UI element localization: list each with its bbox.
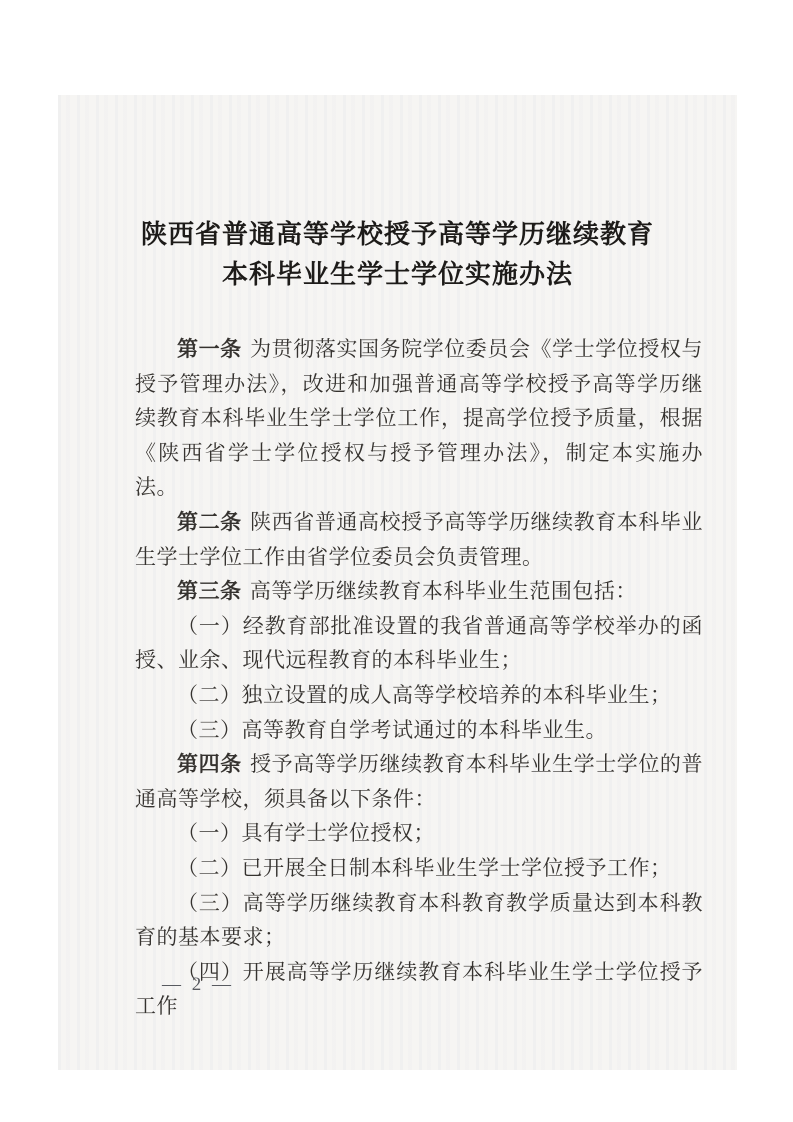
document-viewer-canvas: { "document": { "title_line1": "陕西省普通高等学… — [0, 0, 793, 1122]
document-title-line-2: 本科毕业生学士学位实施办法 — [58, 255, 737, 295]
paragraph-article-3-item-3: （三）高等教育自学考试通过的本科毕业生。 — [135, 713, 703, 748]
paragraph-text: 高等学历继续教育本科毕业生范围包括： — [250, 579, 637, 603]
paragraph-article-4: 第四条授予高等学历继续教育本科毕业生学士学位的普通高等学校，须具备以下条件： — [135, 747, 703, 816]
article-number-label: 第四条 — [177, 752, 242, 776]
paragraph-article-3-item-2: （二）独立设置的成人高等学校培养的本科毕业生； — [135, 678, 703, 713]
paragraph-text: （三）高等学历继续教育本科教育教学质量达到本科教育的基本要求； — [135, 891, 703, 950]
paragraph-article-4-item-2: （二）已开展全日制本科毕业生学士学位授予工作； — [135, 851, 703, 886]
document-body: 第一条为贯彻落实国务院学位委员会《学士学位授权与授予管理办法》，改进和加强普通高… — [135, 332, 703, 1024]
article-number-label: 第三条 — [177, 579, 242, 603]
document-title-line-1: 陕西省普通高等学校授予高等学历继续教育 — [58, 215, 737, 255]
paragraph-article-3: 第三条高等学历继续教育本科毕业生范围包括： — [135, 574, 703, 609]
paragraph-text: （二）独立设置的成人高等学校培养的本科毕业生； — [177, 683, 672, 707]
article-number-label: 第二条 — [177, 510, 242, 534]
paragraph-text: （二）已开展全日制本科毕业生学士学位授予工作； — [177, 856, 672, 880]
paragraph-article-4-item-1: （一）具有学士学位授权； — [135, 816, 703, 851]
paragraph-text: （一）经教育部批准设置的我省普通高等学校举办的函授、业余、现代远程教育的本科毕业… — [135, 614, 703, 673]
paragraph-article-2: 第二条陕西省普通高校授予高等学历继续教育本科毕业生学士学位工作由省学位委员会负责… — [135, 505, 703, 574]
document-title: 陕西省普通高等学校授予高等学历继续教育 本科毕业生学士学位实施办法 — [58, 215, 737, 295]
scanned-document-page: 陕西省普通高等学校授予高等学历继续教育 本科毕业生学士学位实施办法 第一条为贯彻… — [58, 95, 737, 1070]
paragraph-text: 为贯彻落实国务院学位委员会《学士学位授权与授予管理办法》，改进和加强普通高等学校… — [135, 337, 703, 499]
paragraph-article-1: 第一条为贯彻落实国务院学位委员会《学士学位授权与授予管理办法》，改进和加强普通高… — [135, 332, 703, 505]
paragraph-article-4-item-3: （三）高等学历继续教育本科教育教学质量达到本科教育的基本要求； — [135, 886, 703, 955]
paragraph-article-3-item-1: （一）经教育部批准设置的我省普通高等学校举办的函授、业余、现代远程教育的本科毕业… — [135, 609, 703, 678]
paragraph-text: （三）高等教育自学考试通过的本科毕业生。 — [177, 718, 607, 742]
paragraph-text: （一）具有学士学位授权； — [177, 821, 435, 845]
page-number: — 2 — — [162, 973, 234, 997]
article-number-label: 第一条 — [177, 337, 242, 361]
